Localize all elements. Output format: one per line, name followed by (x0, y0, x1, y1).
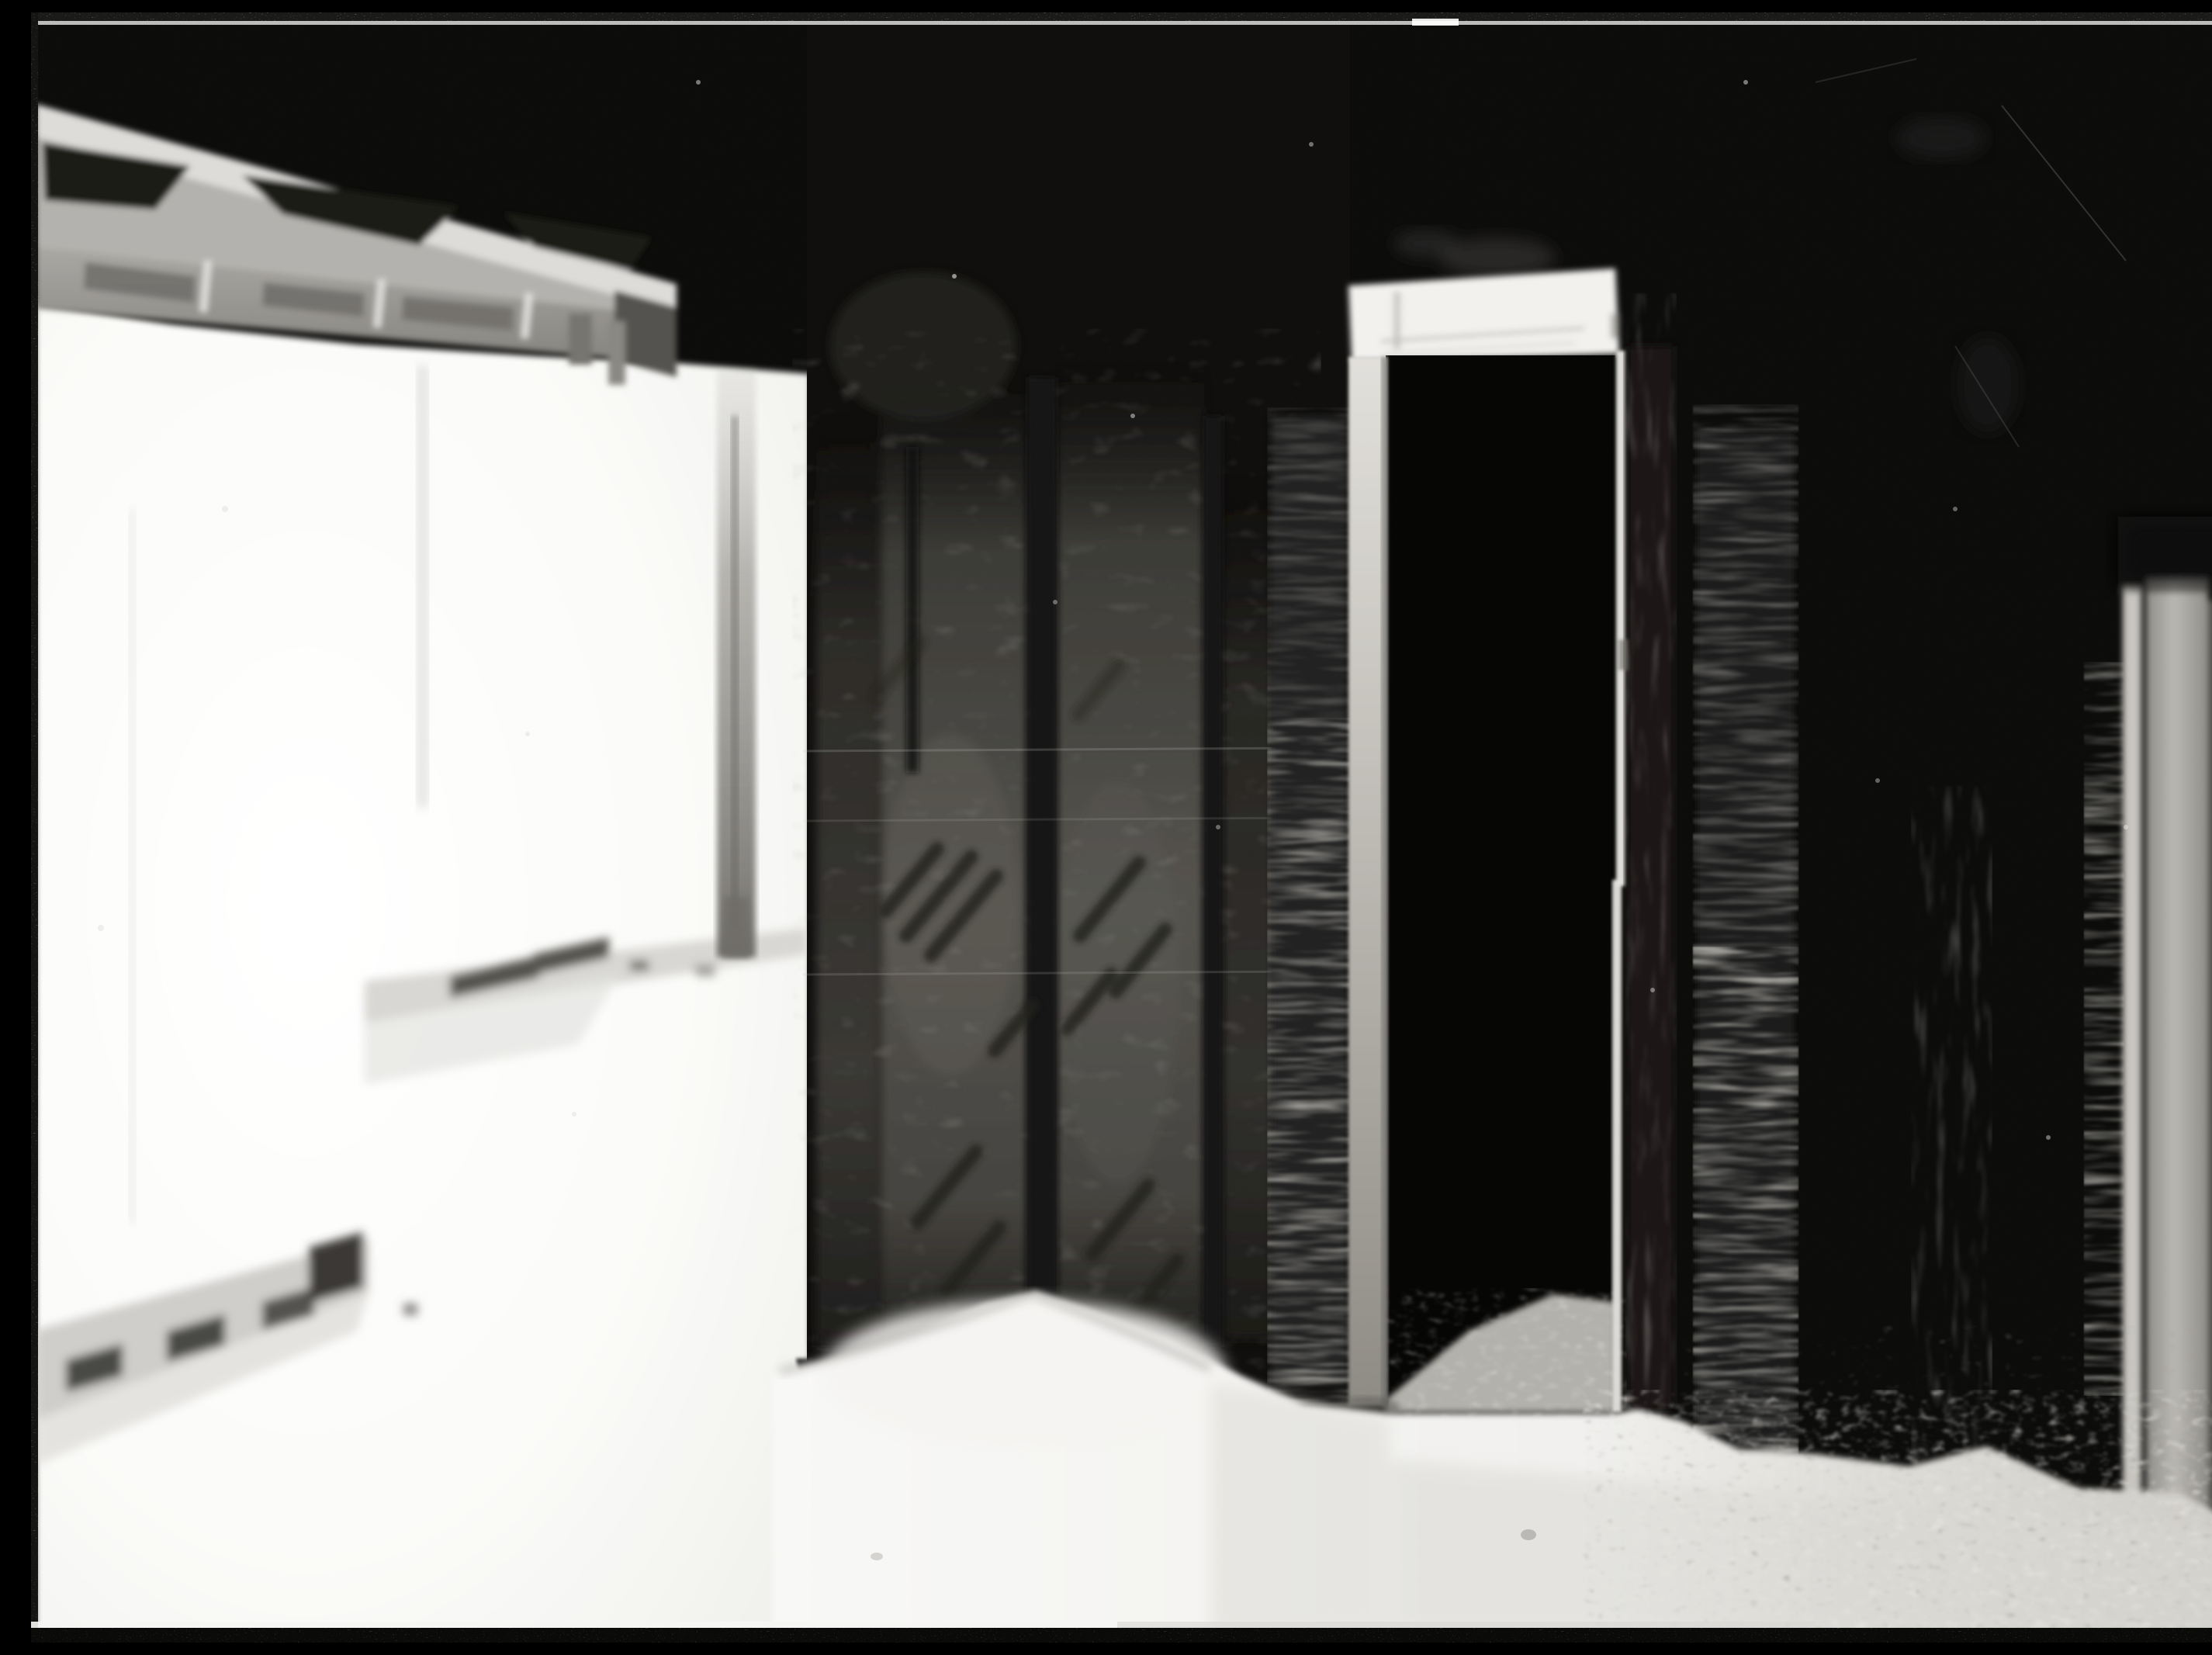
film-grain-dark (31, 12, 2212, 1643)
photograph: Blurry black-and-white photograph of a r… (31, 12, 2212, 1643)
photo-canvas (31, 12, 2212, 1643)
